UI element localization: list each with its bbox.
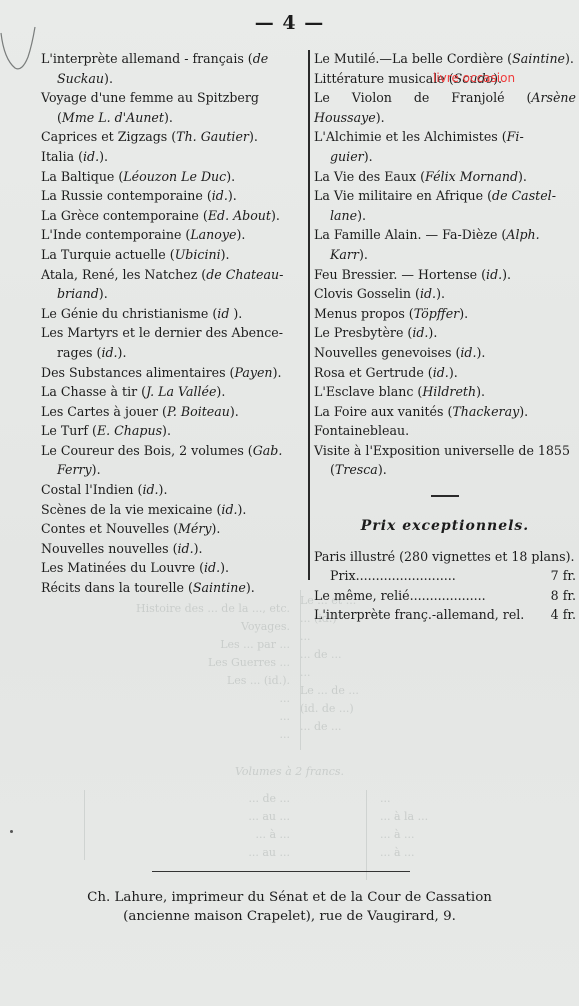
catalog-entry: Nouvelles nouvelles (id.). [41, 539, 306, 559]
catalog-entry: Menus propos (Töpffer). [314, 304, 576, 324]
catalog-entry: La Famille Alain. — Fa-Dièze (Alph. Karr… [314, 225, 576, 264]
bleed-through-text: Histoire des ... de la ..., etc.Voyages.… [30, 600, 290, 744]
printer-imprint: Ch. Lahure, imprimeur du Sénat et de la … [0, 888, 579, 926]
section-rule [431, 495, 459, 497]
footer-rule [152, 871, 410, 872]
imprint-line-2: (ancienne maison Crapelet), rue de Vaugi… [0, 907, 579, 926]
catalog-entry: Les Cartes à jouer (P. Boiteau). [41, 402, 306, 422]
catalog-entry: L'Alchimie et les Alchimistes (Fi- guier… [314, 127, 576, 166]
catalog-entry: Feu Bressier. — Hortense (id.). [314, 265, 576, 285]
catalog-entry: L'Esclave blanc (Hildreth). [314, 382, 576, 402]
page-number: — 4 — [0, 12, 579, 34]
catalog-entry: Les Matinées du Louvre (id.). [41, 558, 306, 578]
price-row: Prix......................... 7 fr. [314, 566, 576, 586]
catalog-entry: Des Substances alimentaires (Payen). [41, 363, 306, 383]
catalog-entry: Visite à l'Exposition universelle de 185… [314, 441, 576, 480]
catalog-entry: Italia (id.). [41, 147, 306, 167]
catalog-entry: Atala, René, les Natchez (de Chateau- br… [41, 265, 306, 304]
column-divider [308, 50, 310, 580]
bleed-through-heading: Volumes à 2 francs. [0, 763, 579, 781]
catalog-entry: L'Inde contemporaine (Lanoye). [41, 225, 306, 245]
price-row: Le même, relié................... 8 fr. [314, 586, 576, 606]
catalog-entry: Récits dans la tourelle (Saintine). [41, 578, 306, 598]
catalog-entry: Voyage d'une femme au Spitzberg (Mme L. … [41, 88, 306, 127]
catalog-entry: La Vie militaire en Afrique (de Castel- … [314, 186, 576, 225]
special-prices-heading: Prix exceptionnels. [314, 517, 576, 537]
catalog-entry: Le Génie du christianisme (id ). [41, 304, 306, 324]
catalog-entry: Costal l'Indien (id.). [41, 480, 306, 500]
catalog-entry: Contes et Nouvelles (Méry). [41, 519, 306, 539]
price-row: L'interprète franç.-allemand, rel. 4 fr. [314, 605, 576, 625]
bleed-through-text: ...... à la ...... à ...... à ... [380, 790, 570, 862]
catalog-entry: Scènes de la vie mexicaine (id.). [41, 500, 306, 520]
catalog-entry: La Baltique (Léouzon Le Duc). [41, 167, 306, 187]
catalog-entry: Fontainebleau. [314, 421, 576, 441]
document-page: — 4 — Le ... et ...... (id.)...... de ..… [0, 0, 579, 1006]
catalog-entry: Les Martyrs et le dernier des Abence- ra… [41, 323, 306, 362]
left-column: L'interprète allemand - français (de Suc… [41, 49, 306, 598]
catalog-entry: L'interprète allemand - français (de Suc… [41, 49, 306, 88]
imprint-line-1: Ch. Lahure, imprimeur du Sénat et de la … [0, 888, 579, 907]
catalog-entry: Le Mutilé.—La belle Cordière (Saintine). [314, 49, 576, 69]
bleed-through-rule [366, 790, 367, 880]
catalog-entry: La Vie des Eaux (Félix Mornand). [314, 167, 576, 187]
catalog-entry: Le Coureur des Bois, 2 volumes (Gab. Fer… [41, 441, 306, 480]
catalog-entry: Nouvelles genevoises (id.). [314, 343, 576, 363]
catalog-entry: La Russie contemporaine (id.). [41, 186, 306, 206]
watermark-text: livre occasion [433, 71, 515, 85]
special-price-intro: Paris illustré (280 vignettes et 18 plan… [314, 547, 576, 567]
catalog-entry: Rosa et Gertrude (id.). [314, 363, 576, 383]
bleed-through-rule [84, 790, 85, 860]
catalog-entry: Le Presbytère (id.). [314, 323, 576, 343]
ink-dot [10, 830, 13, 833]
catalog-entry: Le Turf (E. Chapus). [41, 421, 306, 441]
catalog-entry: La Turquie actuelle (Ubicini). [41, 245, 306, 265]
catalog-entry: Le Violon de Franjolé (Arsène Houssaye). [314, 88, 576, 127]
right-column: Le Mutilé.—La belle Cordière (Saintine).… [314, 49, 576, 625]
catalog-entry: La Foire aux vanités (Thackeray). [314, 402, 576, 422]
catalog-entry: Clovis Gosselin (id.). [314, 284, 576, 304]
bleed-through-text: ... de ...... au ...... à ...... au ... [120, 790, 290, 862]
catalog-entry: Caprices et Zigzags (Th. Gautier). [41, 127, 306, 147]
catalog-entry: La Grèce contemporaine (Ed. About). [41, 206, 306, 226]
catalog-entry: La Chasse à tir (J. La Vallée). [41, 382, 306, 402]
